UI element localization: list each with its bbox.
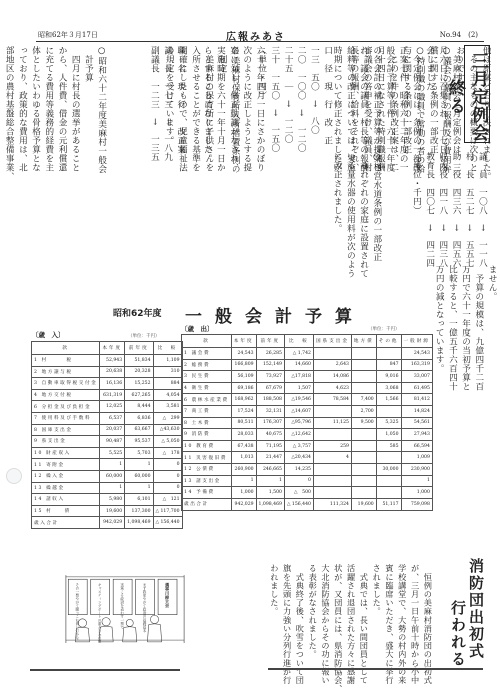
cell-value: 60,000	[125, 470, 153, 482]
cell-value: 26,285	[256, 348, 284, 360]
cell-value: 9,500	[351, 417, 376, 429]
expenditure-table: 款本年度前年度比 較国県支出金地方債その他一般財源 1 議会費24,54326,…	[181, 334, 433, 511]
table-row: 8 国庫支出金20,03763,667△43,630	[32, 424, 183, 436]
column-header: 本年度	[231, 335, 256, 348]
page-header: 昭和62年３月17日 広報みあさ No.94 (2)	[36, 28, 484, 42]
cell-value: 28,033	[231, 429, 256, 441]
row-label: 9 消防費	[182, 429, 232, 441]
row-label: 10 財産収入	[32, 447, 100, 459]
cell-value: 5,703	[125, 447, 153, 459]
cell-value: 1	[125, 482, 153, 494]
cell-value: 0	[284, 475, 313, 487]
cell-value: 4,054	[153, 389, 182, 401]
column-header: 比 較	[153, 342, 182, 355]
cell-value	[351, 348, 376, 360]
table-row: 12 繰入金60,00060,0000	[32, 470, 183, 482]
cell-value: 81,412	[401, 394, 432, 406]
cell-value: 95,537	[125, 436, 153, 448]
cell-value: 20,037	[100, 424, 125, 436]
table-row: 1 村 税52,94351,8341,109	[32, 355, 183, 367]
row-label: 歳入合計	[32, 517, 100, 529]
cell-value: 56,109	[231, 371, 256, 383]
cell-value: 2,643	[313, 359, 351, 371]
cell-value: 5,325	[376, 417, 401, 429]
cell-value: 27,943	[401, 429, 432, 441]
table-row: 11 寄附金110	[32, 459, 183, 471]
row-label: 2 総務費	[182, 359, 232, 371]
cell-value: 1,109	[153, 355, 182, 367]
cell-value: 631,319	[100, 389, 125, 401]
cell-value: 16,136	[100, 378, 125, 390]
row-label: 4 衛生費	[182, 382, 232, 394]
cell-value: 73,927	[256, 371, 284, 383]
cell-value	[351, 475, 376, 487]
issue-number: No.94 (2)	[440, 30, 478, 40]
row-label: 10 教育費	[182, 440, 232, 452]
row-label: 11 寄附金	[32, 459, 100, 471]
cell-value: △ 5,050	[153, 436, 182, 448]
cell-value: 51,834	[125, 355, 153, 367]
cell-value	[376, 348, 401, 360]
cell-value: △ 156,440	[153, 517, 182, 529]
svg-text:まず我家やがて政治の基礎基本: まず我家やがて政治の基礎基本	[142, 582, 147, 633]
cell-value: 69,186	[231, 382, 256, 394]
cell-value	[351, 359, 376, 371]
newsletter-title: 広報みあさ	[226, 28, 286, 43]
cell-value: 5,980	[100, 494, 125, 506]
cell-value: 1,000	[401, 487, 432, 499]
issue-date: 昭和62年３月17日	[38, 30, 98, 40]
row-label: 13 繰越金	[32, 482, 100, 494]
cell-value: 12,025	[100, 401, 125, 413]
cell-value: △43,630	[153, 424, 182, 436]
row-label: 7 使用料及び手数料	[32, 412, 100, 424]
cell-value: 63,667	[125, 424, 153, 436]
cell-value: 1,098,469	[256, 498, 284, 510]
column-header: 前年度	[256, 335, 284, 348]
cell-value: 40,675	[256, 429, 284, 441]
row-label: 2 地方譲与税	[32, 366, 100, 378]
cell-value: 66,594	[401, 440, 432, 452]
column-header: その他	[376, 335, 401, 348]
row-label: 4 地方交付税	[32, 389, 100, 401]
cell-value: 166,809	[231, 359, 256, 371]
table-row: 8 土木費80,511176,307△95,79611,1259,5005,32…	[182, 417, 433, 429]
cell-value	[351, 371, 376, 383]
cell-value: △95,796	[284, 417, 313, 429]
cell-value: 230,900	[401, 463, 432, 475]
cell-value: 14,235	[284, 463, 313, 475]
cell-value: 0	[153, 459, 182, 471]
cell-value: △19,546	[284, 394, 313, 406]
cell-value: 942,029	[100, 517, 125, 529]
cell-value	[313, 463, 351, 475]
cell-value: 80,511	[231, 417, 256, 429]
cell-value: △ 178	[153, 447, 182, 459]
cell-value: 260,900	[231, 463, 256, 475]
cell-value: 1,098,469	[125, 517, 153, 529]
table-row: 12 公債費260,900246,66514,23530,000230,900	[182, 463, 433, 475]
column-header: 本年度	[100, 342, 125, 355]
cell-value: 30,000	[376, 463, 401, 475]
cell-value: 585	[376, 440, 401, 452]
cell-value: 15,252	[125, 378, 153, 390]
cell-value: 2,700	[351, 405, 376, 417]
column-header: 一般財源	[401, 335, 432, 348]
cell-value: 310	[153, 366, 182, 378]
expenditure-caption: 〔歳 出〕	[181, 324, 214, 333]
revenue-table: 款本年度前年度比 較 1 村 税52,94351,8341,1092 地方譲与税…	[31, 341, 183, 529]
cell-value: 24,543	[401, 348, 432, 360]
bottom-rule-left	[30, 669, 180, 671]
row-label: 8 国庫支出金	[32, 424, 100, 436]
cell-value: 1	[401, 475, 432, 487]
cell-value: 137,300	[125, 505, 153, 517]
cell-value	[351, 452, 376, 464]
table-row: 1 議会費24,54326,285△ 1,74224,543	[182, 348, 433, 360]
row-label: 6 農林水産業費	[182, 394, 232, 406]
svg-text:選挙川柳大会: 選挙川柳大会	[164, 581, 170, 608]
cell-value	[376, 475, 401, 487]
cell-value: 21,447	[256, 452, 284, 464]
fire-brigade-body: 恒例の美麻村消防団の出初式 が、三月一日午前十時から小中 学校講堂で、大勢の村内…	[268, 564, 434, 679]
cell-value: 51,117	[376, 498, 401, 510]
table-row: 10 教育費67,43871,195△ 3,75725958566,594	[182, 440, 433, 452]
cell-value: 942,029	[231, 498, 256, 510]
cell-value: 188,508	[256, 394, 284, 406]
cell-value: 259	[313, 440, 351, 452]
cell-value: 20,638	[100, 366, 125, 378]
column-header: 比 較	[284, 335, 313, 348]
column-header: 国県支出金	[313, 335, 351, 348]
budget-year: 昭和62年度	[113, 306, 162, 319]
row-label: 12 繰入金	[32, 470, 100, 482]
article-subtitle-fire-brigade: 行われる	[448, 600, 469, 668]
cell-value: 1	[125, 459, 153, 471]
table-row: 10 財産収入5,5255,703△ 178	[32, 447, 183, 459]
cell-value	[313, 405, 351, 417]
svg-text:その一票やがて闇っこむ貴い灯かな: その一票やがて闇っこむ貴い灯かな	[74, 582, 79, 640]
article-body-upper-left: 六十一年四月一日にさかのぼり 次のように改正しようとする提 案に対し、修正動議が…	[2, 46, 266, 301]
table-row: 6 分担金及び負担金12,0258,4443,581	[32, 401, 183, 413]
table-row: 14 予備費1,0001,500△ 5001,000	[182, 487, 433, 499]
cell-value: △ 156,440	[284, 498, 313, 510]
table-row: 15 村 債19,600137,300△ 117,700	[32, 505, 183, 517]
table-row: 9 県支出金90,48795,537△ 5,050	[32, 436, 183, 448]
row-label: 9 県支出金	[32, 436, 100, 448]
cell-value: 163,319	[401, 359, 432, 371]
row-label: 7 商工費	[182, 405, 232, 417]
cell-value: △17,818	[284, 371, 313, 383]
cell-value: 54,561	[401, 417, 432, 429]
cell-value: △ 3,757	[284, 440, 313, 452]
cell-value: 6,836	[125, 412, 153, 424]
cell-value: △20,434	[284, 452, 313, 464]
table-row: 3 民生費56,10973,927△17,81814,0869,01633,00…	[182, 371, 433, 383]
cell-value: △12,642	[284, 429, 313, 441]
cell-value: 17,524	[231, 405, 256, 417]
cell-value	[313, 429, 351, 441]
article-title-fire-brigade: 消防団出初式	[466, 558, 487, 660]
cell-value: 1,050	[376, 429, 401, 441]
cell-value: 111,324	[313, 498, 351, 510]
cell-value	[376, 452, 401, 464]
cell-value: 1	[231, 475, 256, 487]
table-row: 13 諸支出金1101	[182, 475, 433, 487]
table-row: 4 地方交付税631,319627,2654,054	[32, 389, 183, 401]
row-label: 14 諸収入	[32, 494, 100, 506]
cell-value: 71,195	[256, 440, 284, 452]
cell-value: 3,581	[153, 401, 182, 413]
table-row: 3 自動車取得税交付金16,13615,252884	[32, 378, 183, 390]
row-label: 6 分担金及び負担金	[32, 401, 100, 413]
cell-value: 11,125	[313, 417, 351, 429]
table-row: 4 衛生費69,18667,6791,5074,6233,06861,495	[182, 382, 433, 394]
cell-value: 5,525	[100, 447, 125, 459]
cell-value: 3,068	[376, 382, 401, 394]
cell-value: 52,943	[100, 355, 125, 367]
cell-value	[376, 487, 401, 499]
cell-value: 7,400	[351, 394, 376, 406]
row-label: 12 公債費	[182, 463, 232, 475]
bottom-rule-right	[268, 668, 483, 670]
column-header: 地方債	[351, 335, 376, 348]
table-row: 14 諸収入5,9806,101△ 121	[32, 494, 183, 506]
table-row: 7 商工費17,52432,131△14,6072,70014,824	[182, 405, 433, 417]
cell-value: 884	[153, 378, 182, 390]
expenditure-unit: （単位：千円）	[368, 326, 400, 332]
table-row: 11 災害復旧費1,01321,447△20,43441,009	[182, 452, 433, 464]
cell-value: 1,566	[376, 394, 401, 406]
cell-value: 9,016	[376, 371, 401, 383]
cell-value: △ 1,742	[284, 348, 313, 360]
cell-value: 6,537	[100, 412, 125, 424]
cell-value: △14,607	[284, 405, 313, 417]
binder-hole	[6, 468, 22, 484]
cell-value: 14,824	[401, 405, 432, 417]
row-label: 8 土木費	[182, 417, 232, 429]
row-label: 11 災害復旧費	[182, 452, 232, 464]
row-label: 13 諸支出金	[182, 475, 232, 487]
cell-value: 61,495	[401, 382, 432, 394]
row-label: 14 予備費	[182, 487, 232, 499]
cell-value: 1,500	[256, 487, 284, 499]
cell-value: △ 299	[153, 412, 182, 424]
cell-value: 8,444	[125, 401, 153, 413]
row-label: 歳出合計	[182, 498, 232, 510]
budget-summary-text: 山村振興事業等の従来よりの継 続事業のほかは計上されており ません。 予算の規模…	[432, 265, 500, 555]
cell-value: 33,007	[401, 371, 432, 383]
cell-value: 847	[376, 359, 401, 371]
cell-value: 1,013	[231, 452, 256, 464]
svg-text:実篤こそ政治を表わす一票で: 実篤こそ政治を表わす一票で	[119, 582, 124, 629]
cell-value: 20,328	[125, 366, 153, 378]
cell-value: 90,487	[100, 436, 125, 448]
cell-value: 60,000	[100, 470, 125, 482]
row-label: 3 民生費	[182, 371, 232, 383]
table-total-row: 歳出合計942,0291,098,469△ 156,440111,32419,6…	[182, 498, 433, 510]
column-header: 款	[182, 335, 232, 348]
cell-value: 1,507	[284, 382, 313, 394]
cell-value: 24,543	[231, 348, 256, 360]
row-label: 3 自動車取得税交付金	[32, 378, 100, 390]
column-header: 前年度	[125, 342, 153, 355]
column-header: 款	[32, 342, 100, 355]
cell-value	[351, 463, 376, 475]
cell-value	[313, 348, 351, 360]
cell-value: 1	[100, 482, 125, 494]
cell-value	[351, 382, 376, 394]
cell-value: 4	[313, 452, 351, 464]
row-label: 15 村 債	[32, 505, 100, 517]
cell-value: 78,584	[313, 394, 351, 406]
cell-value	[313, 487, 351, 499]
table-row: 2 総務費166,809152,14914,6602,643847163,319	[182, 359, 433, 371]
row-label: 1 議会費	[182, 348, 232, 360]
table-row: 13 繰越金110	[32, 482, 183, 494]
table-row: 6 農林水産業費168,962188,508△19,54678,5847,400…	[182, 394, 433, 406]
table-row: 2 地方譲与税20,63820,328310	[32, 366, 183, 378]
cell-value: △ 117,700	[153, 505, 182, 517]
cell-value	[376, 405, 401, 417]
cell-value: 14,660	[284, 359, 313, 371]
cell-value: 1,009	[401, 452, 432, 464]
cell-value	[351, 429, 376, 441]
senryu-contest-cartoon: その一票やがて闇っこむ貴い灯かな キャスティングボートの重みきみの票 実篤こそ政…	[60, 546, 190, 681]
cell-value: 627,265	[125, 389, 153, 401]
cell-value: 176,307	[256, 417, 284, 429]
cell-value: 1	[256, 475, 284, 487]
cell-value: 1	[100, 459, 125, 471]
table-row: 7 使用料及び手数料6,5376,836△ 299	[32, 412, 183, 424]
revenue-unit: （単位：千円）	[128, 333, 160, 339]
cell-value: 4,623	[313, 382, 351, 394]
cell-value: △ 500	[284, 487, 313, 499]
cell-value	[351, 487, 376, 499]
cell-value: 67,679	[256, 382, 284, 394]
cell-value: 14,086	[313, 371, 351, 383]
cell-value: 246,665	[256, 463, 284, 475]
cell-value: △ 121	[153, 494, 182, 506]
table-total-row: 歳入合計942,0291,098,469△ 156,440	[32, 517, 183, 529]
cell-value: 152,149	[256, 359, 284, 371]
cell-value: 32,131	[256, 405, 284, 417]
cell-value: 168,962	[231, 394, 256, 406]
table-row: 9 消防費28,03340,675△12,6421,05027,943	[182, 429, 433, 441]
cell-value	[313, 475, 351, 487]
cell-value: 19,600	[100, 505, 125, 517]
revenue-caption: 〔歳 入〕	[32, 330, 65, 339]
cell-value: 6,101	[125, 494, 153, 506]
cell-value: 67,438	[231, 440, 256, 452]
cell-value: 0	[153, 482, 182, 494]
cell-value	[351, 440, 376, 452]
cell-value: 759,098	[401, 498, 432, 510]
cell-value: 19,600	[351, 498, 376, 510]
cell-value: 1,000	[231, 487, 256, 499]
cell-value: 0	[153, 470, 182, 482]
row-label: 1 村 税	[32, 355, 100, 367]
